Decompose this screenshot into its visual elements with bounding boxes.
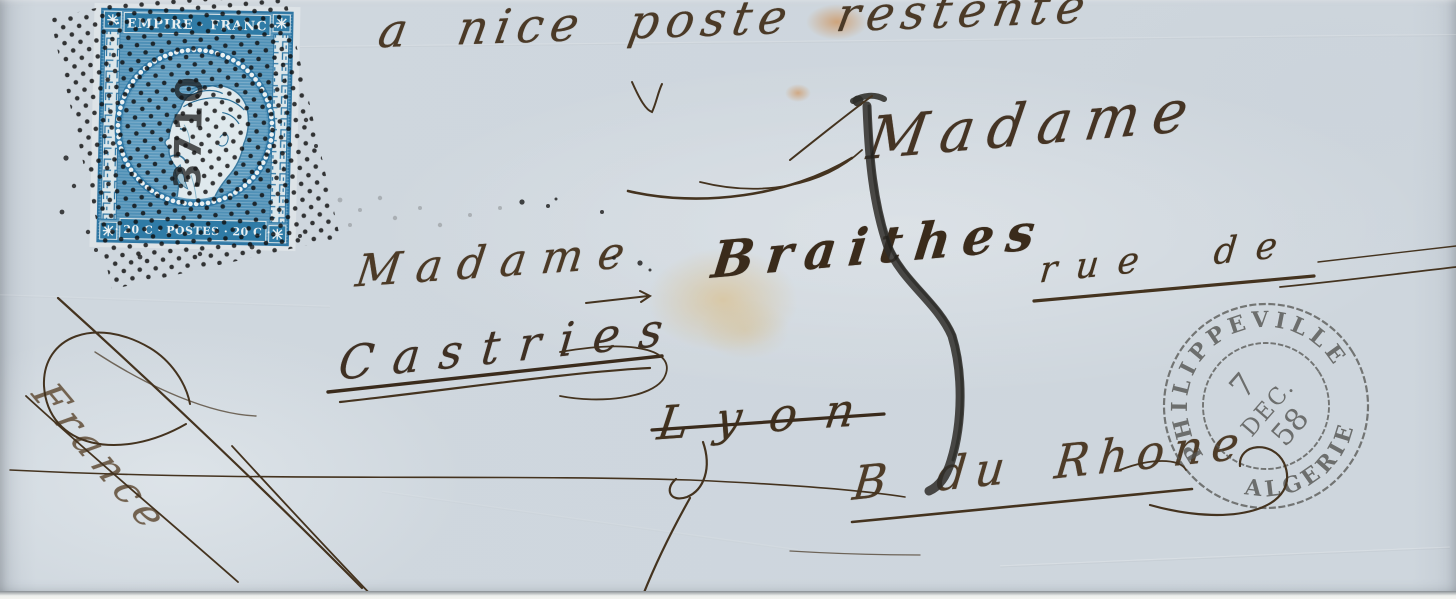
stamp-svg: · EMPIRE · FRANC · · 20 C · POSTES · 20 … bbox=[89, 3, 300, 251]
postage-stamp: · EMPIRE · FRANC · · 20 C · POSTES · 20 … bbox=[89, 3, 300, 251]
envelope-bottom-edge bbox=[0, 591, 1456, 599]
postmark-date: 7 DEC. 58 bbox=[1206, 348, 1326, 464]
postal-cover-scan: · EMPIRE · FRANC · · 20 C · POSTES · 20 … bbox=[0, 0, 1456, 599]
cancellation-number: 3710 bbox=[166, 74, 211, 190]
